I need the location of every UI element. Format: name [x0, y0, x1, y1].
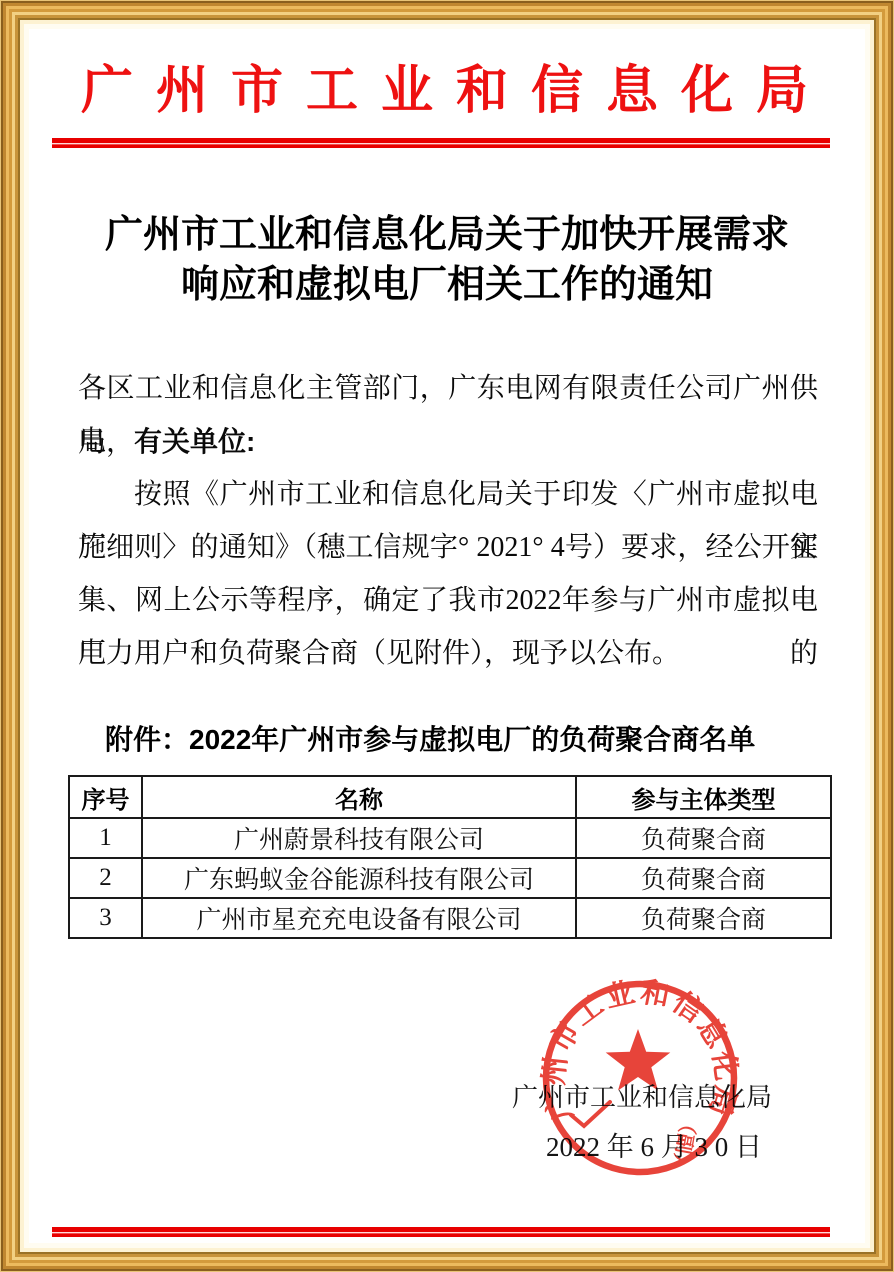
col-header-type: 参与主体类型 [576, 776, 831, 818]
cell-name: 广州蔚景科技有限公司 [142, 818, 576, 858]
cell-type: 负荷聚合商 [576, 858, 831, 898]
footer-rule [52, 1227, 830, 1237]
cell-seq: 1 [69, 818, 142, 858]
paragraph-line1: 按照《广州市工业和信息化局关于印发〈广州市虚拟电厂实 [78, 468, 818, 521]
table-row: 2 广东蚂蚁金谷能源科技有限公司 负荷聚合商 [69, 858, 831, 898]
paragraph-line4: 电力用户和负荷聚合商（见附件），现予以公布。 [78, 627, 818, 680]
salutation-line2-normal: 局， [78, 427, 134, 458]
attachment-heading: 附件：2022年广州市参与虚拟电厂的负荷聚合商名单 [105, 718, 755, 762]
paragraph-line2: 施细则〉的通知》（穗工信规字° 2021° 4号）要求，经公开征 [78, 521, 818, 574]
cell-seq: 2 [69, 858, 142, 898]
paragraph-line3: 集、网上公示等程序，确定了我市2022年参与广州市虚拟电厂的 [78, 574, 818, 627]
aggregator-roster-table: 序号 名称 参与主体类型 1 广州蔚景科技有限公司 负荷聚合商 2 广东蚂蚁金谷… [68, 775, 832, 939]
cell-name: 广东蚂蚁金谷能源科技有限公司 [142, 858, 576, 898]
cell-name: 广州市星充充电设备有限公司 [142, 898, 576, 938]
document-page: 广 州 市 工 业 和 信 息 化 局 广州市工业和信息化局关于加快开展需求 响… [0, 0, 894, 1272]
col-header-name: 名称 [142, 776, 576, 818]
salutation-line2-bold: 有关单位: [134, 426, 255, 457]
salutation-line1: 各区工业和信息化主管部门，广东电网有限责任公司广州供电 [78, 362, 818, 415]
signature-date: 2022 年 6 月 3 0 日 [464, 1130, 844, 1164]
signature-agency: 广州市工业和信息化局 [452, 1082, 832, 1114]
doc-title-line1: 广州市工业和信息化局关于加快开展需求 [60, 210, 834, 260]
salutation-line2: 局，有关单位: [78, 415, 818, 468]
cell-type: 负荷聚合商 [576, 818, 831, 858]
doc-title-line2: 响应和虚拟电厂相关工作的通知 [60, 260, 834, 310]
table-row: 3 广州市星充充电设备有限公司 负荷聚合商 [69, 898, 831, 938]
table-row: 1 广州蔚景科技有限公司 负荷聚合商 [69, 818, 831, 858]
col-header-seq: 序号 [69, 776, 142, 818]
table-header-row: 序号 名称 参与主体类型 [69, 776, 831, 818]
agency-masthead: 广 州 市 工 业 和 信 息 化 局 [32, 52, 862, 132]
cell-seq: 3 [69, 898, 142, 938]
masthead-rule [52, 138, 830, 148]
cell-type: 负荷聚合商 [576, 898, 831, 938]
